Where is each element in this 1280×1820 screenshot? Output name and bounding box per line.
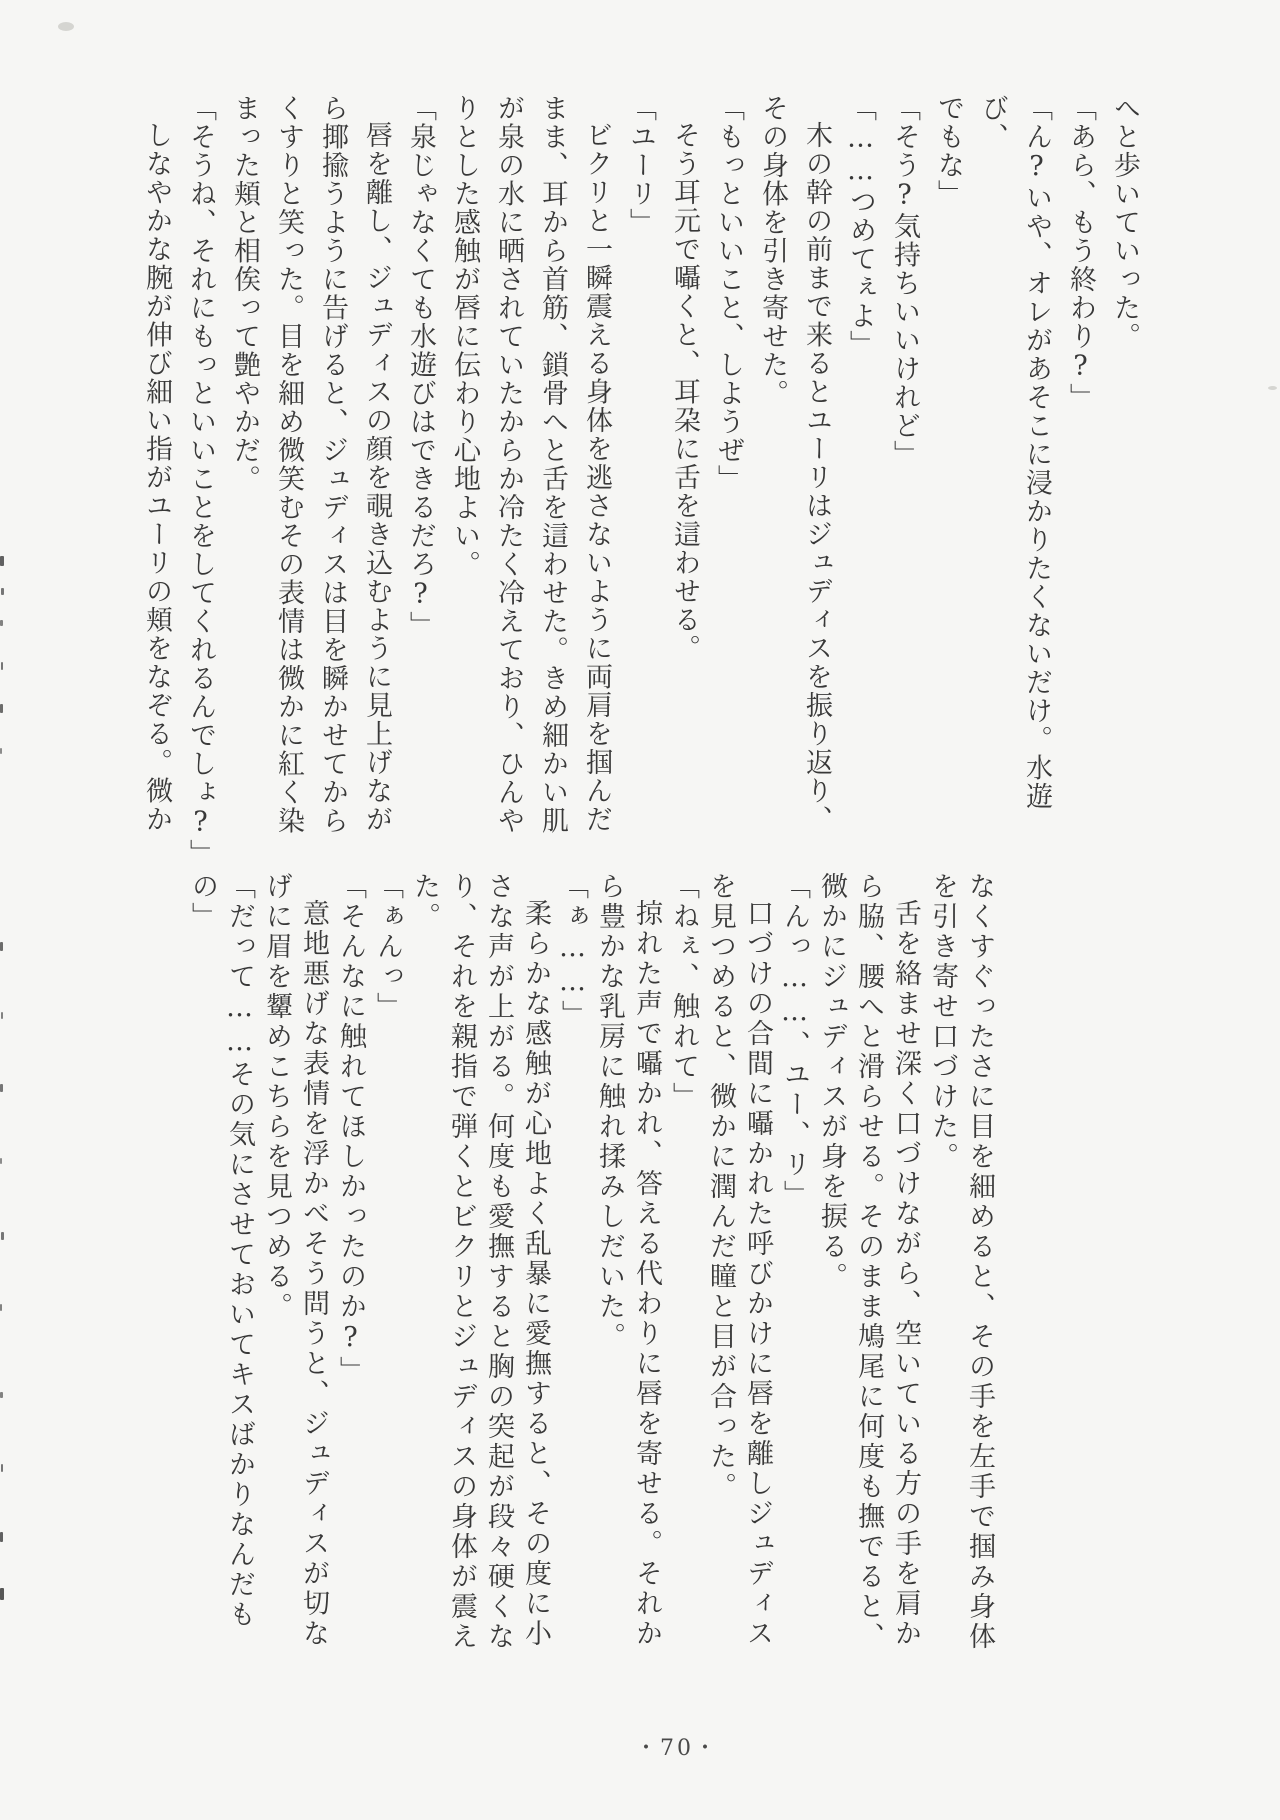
text-block-top: へと歩いていった。「あら、もう終わり?」「ん?いや、オレがあそこに浸かりたくない…	[134, 94, 1146, 866]
text-line: り、それを親指で弾くとビクリとジュディスの身体が震え	[443, 872, 480, 1662]
text-line: 木の幹の前まで来るとユーリはジュディスを振り返り、	[794, 94, 838, 866]
text-line: 「そう?気持ちいいけれど」	[882, 94, 926, 866]
text-line: 「泉じゃなくても水遊びはできるだろ?」	[398, 94, 442, 866]
text-line: 意地悪げな表情を浮かべそう問うと、ジュディスが切な	[295, 872, 332, 1662]
text-line: ら揶揄うように告げると、ジュディスは目を瞬かせてから	[310, 94, 354, 866]
text-line: た。	[406, 872, 443, 1662]
text-line: 舌を絡ませ深く口づけながら、空いている方の手を肩か	[887, 872, 924, 1662]
text-line: 「……つめてぇよ」	[838, 94, 882, 866]
text-line: まった頬と相俟って艶やかだ。	[222, 94, 266, 866]
text-line: 「そうね、それにもっといいことをしてくれるんでしょ?」	[178, 94, 222, 866]
scan-speckle	[1, 1232, 4, 1240]
text-line: の」	[184, 872, 221, 1662]
scan-speckle	[0, 704, 3, 713]
scan-smudge	[1268, 386, 1277, 390]
text-line: 「もっといいこと、しようぜ」	[706, 94, 750, 866]
text-line: が泉の水に晒されていたからか冷たく冷えており、ひんや	[486, 94, 530, 866]
text-line: 「だって……その気にさせておいてキスばかりなんだも	[221, 872, 258, 1662]
text-line: なくすぐったさに目を細めると、その手を左手で掴み身体	[961, 872, 998, 1662]
text-line: 「ねぇ、触れて」	[665, 872, 702, 1662]
text-line: 「あら、もう終わり?」	[1058, 94, 1102, 866]
scan-speckle	[0, 1392, 3, 1398]
scan-speckle	[0, 1588, 4, 1600]
scan-speckle	[1, 1012, 3, 1019]
scan-speckle	[1, 1464, 3, 1472]
text-line: 「ぁんっ」	[369, 872, 406, 1662]
scan-speckle	[0, 942, 3, 951]
scan-speckle	[0, 1304, 2, 1311]
text-line: 微かにジュディスが身を捩る。	[813, 872, 850, 1662]
text-line: しなやかな腕が伸び細い指がユーリの頬をなぞる。微か	[134, 94, 178, 866]
text-line: そう耳元で囁くと、耳朶に舌を這わせる。	[662, 94, 706, 866]
text-block-bottom: なくすぐったさに目を細めると、その手を左手で掴み身体を引き寄せ口づけた。舌を絡ま…	[184, 872, 998, 1662]
text-line: 「ぁ……」	[554, 872, 591, 1662]
scan-smudge	[58, 22, 74, 31]
text-line: 唇を離し、ジュディスの顔を覗き込むように見上げなが	[354, 94, 398, 866]
scan-speckle	[1, 588, 4, 595]
page-number: ・70・	[635, 1731, 719, 1762]
text-line: その身体を引き寄せた。	[750, 94, 794, 866]
text-line: 「んっ……、ユー、リ」	[776, 872, 813, 1662]
text-line: 「ユーリ」	[618, 94, 662, 866]
text-line: 口づけの合間に囁かれた呼びかけに唇を離しジュディス	[739, 872, 776, 1662]
text-line: さな声が上がる。何度も愛撫すると胸の突起が段々硬くな	[480, 872, 517, 1662]
scan-speckle	[1, 662, 3, 670]
scan-speckle	[0, 1084, 3, 1092]
scan-speckle	[0, 1158, 2, 1164]
text-line: げに眉を顰めこちらを見つめる。	[258, 872, 295, 1662]
scan-speckle	[0, 748, 2, 754]
scanned-page: へと歩いていった。「あら、もう終わり?」「ん?いや、オレがあそこに浸かりたくない…	[0, 0, 1280, 1820]
text-line: くすりと笑った。目を細め微笑むその表情は微かに紅く染	[266, 94, 310, 866]
text-line: ら脇、腰へと滑らせる。そのまま鳩尾に何度も撫でると、	[850, 872, 887, 1662]
text-line: まま、耳から首筋、鎖骨へと舌を這わせた。きめ細かい肌	[530, 94, 574, 866]
text-line: 「ん?いや、オレがあそこに浸かりたくないだけ。水遊び、	[970, 94, 1058, 866]
scan-speckle	[0, 556, 4, 566]
text-line: 掠れた声で囁かれ、答える代わりに唇を寄せる。それか	[628, 872, 665, 1662]
text-line: でもな」	[926, 94, 970, 866]
text-line: りとした感触が唇に伝わり心地よい。	[442, 94, 486, 866]
text-line: 「そんなに触れてほしかったのか?」	[332, 872, 369, 1662]
text-line: を見つめると、微かに潤んだ瞳と目が合った。	[702, 872, 739, 1662]
text-line: へと歩いていった。	[1102, 94, 1146, 866]
text-line: ら豊かな乳房に触れ揉みしだいた。	[591, 872, 628, 1662]
scan-speckle	[0, 620, 3, 626]
text-line: 柔らかな感触が心地よく乱暴に愛撫すると、その度に小	[517, 872, 554, 1662]
scan-speckle	[0, 1532, 3, 1542]
text-line: ビクリと一瞬震える身体を逃さないように両肩を掴んだ	[574, 94, 618, 866]
text-line: を引き寄せ口づけた。	[924, 872, 961, 1662]
